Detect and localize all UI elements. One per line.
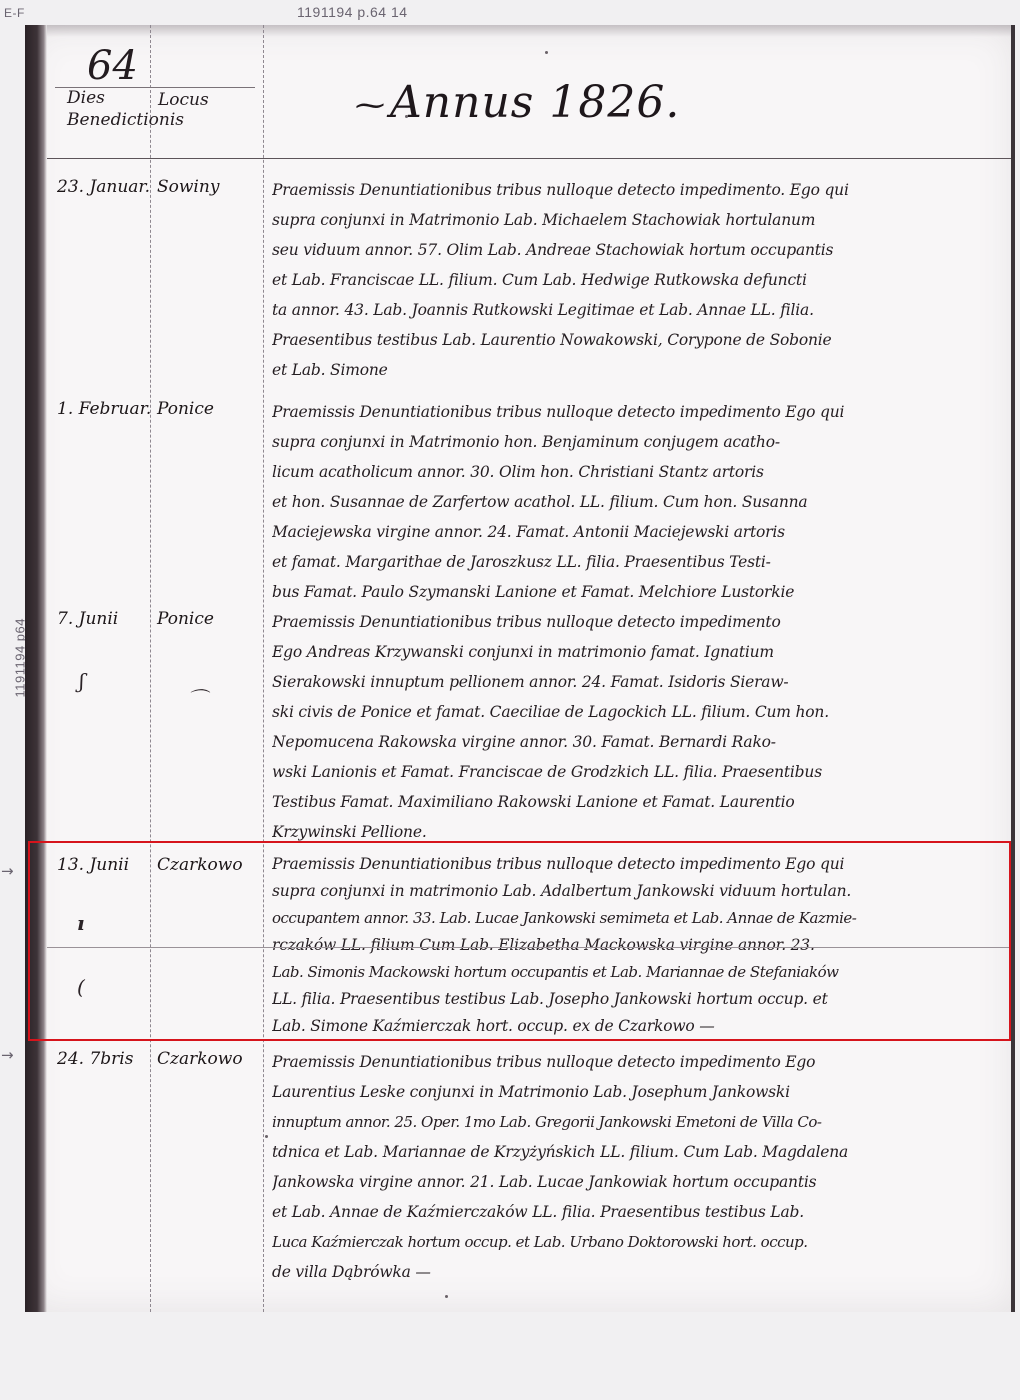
register-entry: 23. Januar. Sowiny Praemissis Denuntiati… (47, 175, 1011, 385)
entry-date: 13. Junii (57, 855, 157, 875)
entry-line: Laurentius Leske conjunxi in Matrimonio … (272, 1077, 997, 1107)
entry-line: seu viduum annor. 57. Olim Lab. Andreae … (272, 235, 997, 265)
entry-line: Praemissis Denuntiationibus tribus nullo… (272, 851, 997, 878)
entry-text: Praemissis Denuntiationibus tribus nullo… (272, 1047, 997, 1287)
entry-line: Praemissis Denuntiationibus tribus nullo… (272, 607, 997, 637)
entry-line: supra conjunxi in Matrimonio Lab. Michae… (272, 205, 997, 235)
column-header-locus: Locus (158, 89, 209, 111)
register-entry-highlighted: 13. Junii Czarkowo ı ( Praemissis Denunt… (47, 855, 1011, 1045)
margin-mark: ⌒ (187, 683, 207, 712)
entry-line: supra conjunxi in Matrimonio hon. Benjam… (272, 427, 997, 457)
entry-date: 7. Junii (57, 609, 157, 629)
entry-line: et Lab. Annae de Kaźmierczaków LL. filia… (272, 1197, 997, 1227)
entry-line: ta annor. 43. Lab. Joannis Rutkowski Leg… (272, 295, 997, 325)
margin-mark: ( (77, 975, 85, 999)
entry-line: de villa Dąbrówka — (272, 1257, 997, 1287)
entry-line: et famat. Margarithae de Jaroszkusz LL. … (272, 547, 997, 577)
margin-mark: ʃ (79, 669, 84, 693)
entry-line: Jankowska virgine annor. 21. Lab. Lucae … (272, 1167, 997, 1197)
margin-arrow-icon: → (1, 1046, 14, 1064)
entry-line: Praesentibus testibus Lab. Laurentio Now… (272, 325, 997, 355)
entry-line: innuptum annor. 25. Oper. 1mo Lab. Grego… (272, 1107, 997, 1137)
entry-date: 23. Januar. (57, 177, 157, 197)
entry-line: et Lab. Franciscae LL. filium. Cum Lab. … (272, 265, 997, 295)
entry-locus: Czarkowo (157, 855, 267, 875)
entry-text: Praemissis Denuntiationibus tribus nullo… (272, 397, 997, 607)
entry-line: LL. filia. Praesentibus testibus Lab. Jo… (272, 986, 997, 1013)
entry-line: tdnica et Lab. Mariannae de Krzyżyńskich… (272, 1137, 997, 1167)
flourish: ⁓ (355, 88, 386, 123)
margin-arrow-icon: → (1, 862, 14, 880)
register-entry: 1. Februar. Ponice Praemissis Denuntiati… (47, 397, 1011, 607)
page-binding-edge (25, 25, 47, 1312)
entry-text: Praemissis Denuntiationibus tribus nullo… (272, 607, 997, 847)
entry-line: rczaków LL. filium Cum Lab. Elizabetha M… (272, 932, 997, 959)
entry-line: et Lab. Simone (272, 355, 997, 385)
entry-line: licum acatholicum annor. 30. Olim hon. C… (272, 457, 997, 487)
entry-line: Krzywinski Pellione. (272, 817, 997, 847)
entry-locus: Ponice (157, 609, 267, 629)
entry-line: bus Famat. Paulo Szymanski Lanione et Fa… (272, 577, 997, 607)
entry-text: Praemissis Denuntiationibus tribus nullo… (272, 851, 997, 1040)
entry-line: supra conjunxi in matrimonio Lab. Adalbe… (272, 878, 997, 905)
entry-line: ski civis de Ponice et famat. Caeciliae … (272, 697, 997, 727)
entry-locus: Sowiny (157, 177, 267, 197)
entry-line: Maciejewska virgine annor. 24. Famat. An… (272, 517, 997, 547)
entry-line: Lab. Simonis Mackowski hortum occupantis… (272, 959, 997, 986)
entry-locus: Ponice (157, 399, 267, 419)
entry-date: 24. 7bris (57, 1049, 157, 1069)
scan-speck (545, 51, 548, 54)
entry-line: et hon. Susannae de Zarfertow acathol. L… (272, 487, 997, 517)
page-title-text: Annus 1826. (390, 77, 680, 128)
page-right-edge (1011, 25, 1015, 1312)
entry-line: Praemissis Denuntiationibus tribus nullo… (272, 175, 997, 205)
faint-rule (47, 947, 1011, 948)
scan-shadow (47, 25, 1011, 37)
entry-date: 1. Februar. (57, 399, 157, 419)
page-title: ⁓Annus 1826. (355, 77, 680, 128)
register-entry: 24. 7bris Czarkowo Praemissis Denuntiati… (47, 1047, 1011, 1297)
entry-line: Ego Andreas Krzywanski conjunxi in matri… (272, 637, 997, 667)
entry-line: occupantem annor. 33. Lab. Lucae Jankows… (272, 905, 997, 932)
entry-line: Sierakowski innuptum pellionem annor. 24… (272, 667, 997, 697)
entry-line: Luca Kaźmierczak hortum occup. et Lab. U… (272, 1227, 997, 1257)
entry-text: Praemissis Denuntiationibus tribus nullo… (272, 175, 997, 385)
entry-locus: Czarkowo (157, 1049, 267, 1069)
folio-number: 64 (87, 43, 138, 89)
scan-speck (265, 1135, 268, 1138)
pencil-annotation-top-left: E-F (4, 6, 25, 20)
register-entry: 7. Junii Ponice ʃ ⌒ Praemissis Denuntiat… (47, 607, 1011, 847)
entry-line: Testibus Famat. Maximiliano Rakowski Lan… (272, 787, 997, 817)
register-page-scan: 64 Dies Benedictionis Locus ⁓Annus 1826.… (25, 25, 1015, 1312)
scan-speck (405, 115, 408, 118)
header-rule (47, 158, 1011, 159)
column-header-dies: Dies Benedictionis (67, 87, 147, 131)
margin-mark: ı (77, 911, 85, 935)
entry-line: Praemissis Denuntiationibus tribus nullo… (272, 397, 997, 427)
pencil-reference-number: 1191194 p.64 14 (297, 4, 408, 20)
entry-line: Nepomucena Rakowska virgine annor. 30. F… (272, 727, 997, 757)
entry-line: Praemissis Denuntiationibus tribus nullo… (272, 1047, 997, 1077)
scan-speck (445, 1295, 448, 1298)
entry-line: wski Lanionis et Famat. Franciscae de Gr… (272, 757, 997, 787)
entry-line: Lab. Simone Kaźmierczak hort. occup. ex … (272, 1013, 997, 1040)
